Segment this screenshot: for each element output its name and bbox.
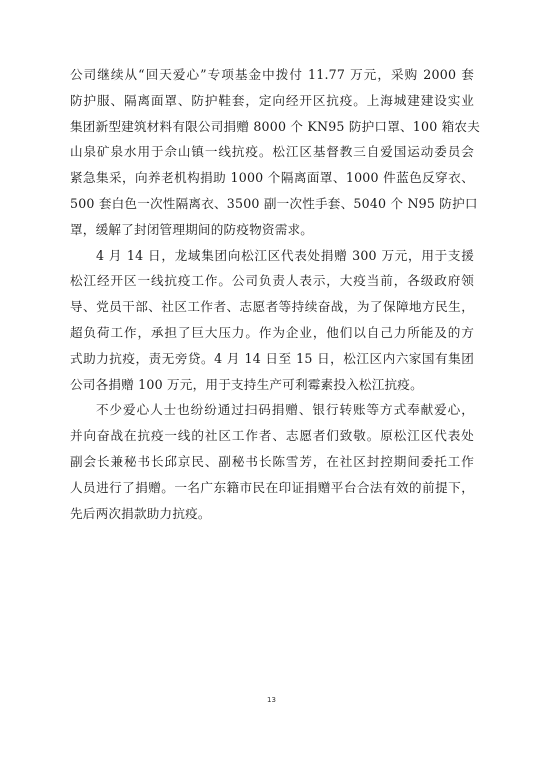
text-line: 山泉矿泉水用于佘山镇一线抗疫。松江区基督教三自爱国运动委员会 xyxy=(70,139,474,165)
body-text: 公司继续从“回天爱心”专项基金中拨付 11.77 万元，采购 2000 套 防护… xyxy=(70,62,474,526)
document-page: 公司继续从“回天爱心”专项基金中拨付 11.77 万元，采购 2000 套 防护… xyxy=(0,0,543,768)
text-line: 先后两次捐款助力抗疫。 xyxy=(70,501,474,527)
paragraph-first-line: 4 月 14 日，龙域集团向松江区代表处捐赠 300 万元，用于支援 xyxy=(70,243,474,269)
text-line: 并向奋战在抗疫一线的社区工作者、志愿者们致敬。原松江区代表处 xyxy=(70,423,474,449)
text-line: 集团新型建筑材料有限公司捐赠 8000 个 KN95 防护口罩、100 箱农夫 xyxy=(70,114,474,140)
page-number: 13 xyxy=(0,696,543,704)
text-line: 松江经开区一线抗疫工作。公司负责人表示，大疫当前，各级政府领 xyxy=(70,268,474,294)
text-line: 式助力抗疫，责无旁贷。4 月 14 日至 15 日，松江区内六家国有集团 xyxy=(70,346,474,372)
text-line: 罩，缓解了封闭管理期间的防疫物资需求。 xyxy=(70,217,474,243)
text-line: 500 套白色一次性隔离衣、3500 副一次性手套、5040 个 N95 防护口 xyxy=(70,191,474,217)
text-line: 人员进行了捐赠。一名广东籍市民在印证捐赠平台合法有效的前提下， xyxy=(70,475,474,501)
text-line: 防护服、隔离面罩、防护鞋套，定向经开区抗疫。上海城建建设实业 xyxy=(70,88,474,114)
text-line: 紧急集采，向养老机构捐助 1000 个隔离面罩、1000 件蓝色反穿衣、 xyxy=(70,165,474,191)
text-line: 导、党员干部、社区工作者、志愿者等持续奋战，为了保障地方民生， xyxy=(70,294,474,320)
text-line: 公司各捐赠 100 万元，用于支持生产可利霉素投入松江抗疫。 xyxy=(70,372,474,398)
text-line: 副会长兼秘书长邱京民、副秘书长陈雪芳，在社区封控期间委托工作 xyxy=(70,449,474,475)
paragraph-first-line: 不少爱心人士也纷纷通过扫码捐赠、银行转账等方式奉献爱心， xyxy=(70,397,474,423)
text-line: 超负荷工作，承担了巨大压力。作为企业，他们以自己力所能及的方 xyxy=(70,320,474,346)
text-line: 公司继续从“回天爱心”专项基金中拨付 11.77 万元，采购 2000 套 xyxy=(70,62,474,88)
